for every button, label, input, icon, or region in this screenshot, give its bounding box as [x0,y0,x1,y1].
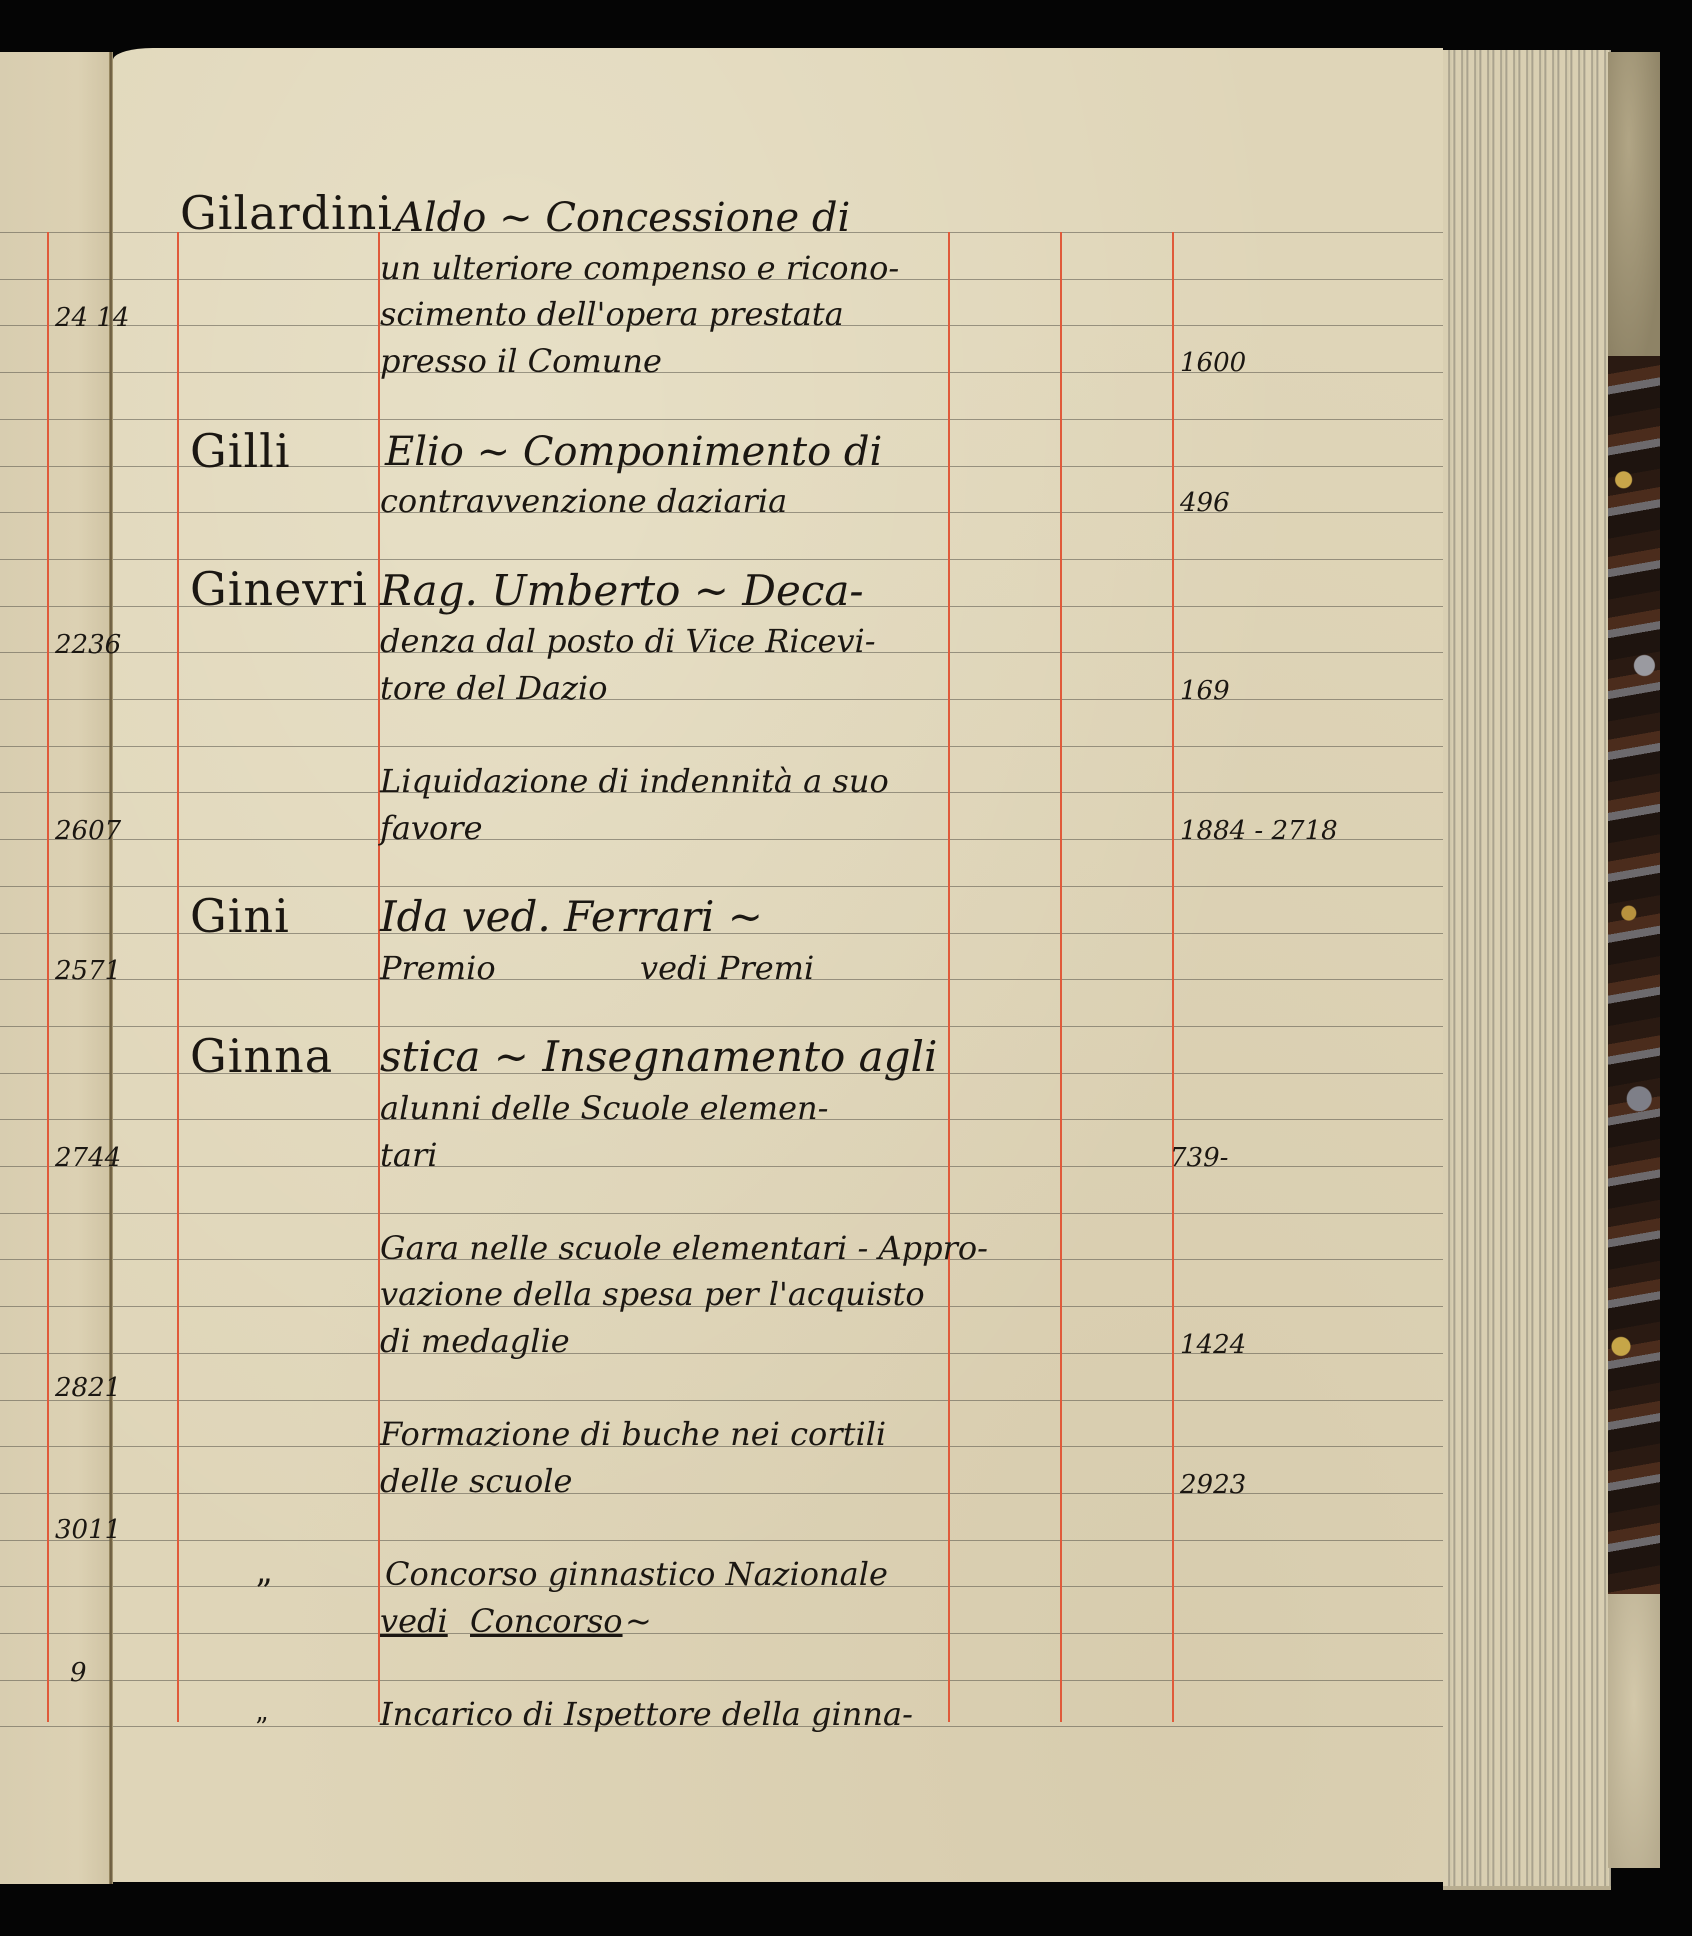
subject-line: Aldo ~ Concessione di [395,198,850,238]
subject-line: Rag. Umberto ~ Deca- [380,570,864,612]
subject-line: un ulteriore compenso e ricono- [380,252,899,284]
ruled-line [113,699,1443,700]
reference-number: 1600 [1180,350,1246,376]
ruled-line [0,372,110,373]
ruled-line [113,886,1443,887]
ruled-line [0,1026,110,1027]
ruled-line [0,1726,110,1727]
ruled-line [0,466,110,467]
ruled-line [0,886,110,887]
ruled-line [0,1586,110,1587]
red-rule-protocol-left [47,232,49,1722]
reference-number: 739- [1170,1145,1228,1171]
protocol-number: 2607 [55,818,121,844]
surname: Ginna [190,1033,333,1079]
ruled-line [0,559,110,560]
ruled-line [0,512,110,513]
ruled-line [0,933,110,934]
reference-number: 1884 - 2718 [1180,818,1338,844]
subject-line: favore [380,812,483,844]
ruled-line [113,1026,1443,1027]
tilde-mark: ~ [625,1605,652,1637]
red-rule-subject-right [948,232,950,1722]
ruled-line [0,232,110,233]
subject-line: stica ~ Insegnamento agli [380,1036,937,1078]
reference-number: 496 [1180,490,1230,516]
red-rule-blank-col [1060,232,1062,1722]
subject-line: contravvenzione daziaria [380,485,787,517]
ruled-line [113,1400,1443,1401]
red-rule-reference-left [1172,232,1174,1722]
ruled-line [0,1446,110,1447]
reference-number: 169 [1180,678,1230,704]
red-rule-surname-left [177,232,179,1722]
subject-line: Elio ~ Componimento di [385,432,882,472]
protocol-number: 24 14 [55,305,129,331]
subject-line: tari [380,1139,437,1171]
ruled-line [0,1213,110,1214]
subject-line: Premio [380,952,496,984]
subject-line: alunni delle Scuole elemen- [380,1092,828,1124]
ruled-line [113,559,1443,560]
reference-number: 2923 [1180,1472,1246,1498]
ruled-line [113,1633,1443,1634]
cross-reference: vedi Premi [640,952,814,984]
subject-line: denza dal posto di Vice Ricevi- [380,625,876,657]
ruled-line [0,1633,110,1634]
protocol-number: 2744 [55,1145,121,1171]
surname: Ginevri [190,566,368,612]
subject-line: Incarico di Ispettore della ginna- [380,1698,913,1730]
ruled-line [0,1493,110,1494]
ruled-line [0,279,110,280]
subject-line: Concorso ginnastico Nazionale [385,1558,888,1590]
protocol-number: 3011 [55,1517,121,1543]
subject-line: Liquidazione di indennità a suo [380,765,889,797]
cross-reference-link: Concorso [470,1605,623,1637]
subject-line: di medaglie [380,1325,570,1357]
ruled-line [0,419,110,420]
subject-line: Formazione di buche nei cortili [380,1418,886,1450]
ruled-line [0,1259,110,1260]
subject-line: Gara nelle scuole elementari - Appro- [380,1232,988,1264]
ditto-mark: ” [255,1575,272,1609]
ruled-line [113,933,1443,934]
ruled-line [0,606,110,607]
ruled-line [0,1353,110,1354]
ruled-line [113,1540,1443,1541]
cross-reference-label: vedi [380,1605,448,1637]
surname: Gilardini [180,190,393,236]
page-stack-edge [1443,50,1611,1890]
ruled-line [113,1213,1443,1214]
ruled-line [0,1306,110,1307]
subject-line: scimento dell'opera prestata [380,298,844,330]
marbled-cover [1608,356,1660,1594]
ruled-line [113,1166,1443,1167]
ditto-mark: ” [255,1715,268,1741]
protocol-number: 2571 [55,958,121,984]
ruled-line [0,1119,110,1120]
ruled-line [113,746,1443,747]
ruled-line [113,1680,1443,1681]
protocol-number: 2821 [55,1375,121,1401]
ruled-line [0,1073,110,1074]
subject-line: delle scuole [380,1465,572,1497]
subject-line: vazione della spesa per l'acquisto [380,1278,925,1310]
ruled-line [113,419,1443,420]
ruled-line [0,1680,110,1681]
vellum-cover-corner-top [1608,52,1660,356]
subject-line: presso il Comune [380,345,662,377]
surname: Gilli [190,428,291,474]
vellum-cover-corner-bottom [1608,1594,1660,1868]
subject-line: Ida ved. Ferrari ~ [380,896,763,938]
protocol-number: 2236 [55,632,121,658]
subject-line: tore del Dazio [380,672,607,704]
ruled-line [0,792,110,793]
ruled-line [0,746,110,747]
ruled-line [0,699,110,700]
protocol-number: 9 [70,1660,87,1686]
reference-number: 1424 [1180,1332,1246,1358]
surname: Gini [190,893,290,939]
